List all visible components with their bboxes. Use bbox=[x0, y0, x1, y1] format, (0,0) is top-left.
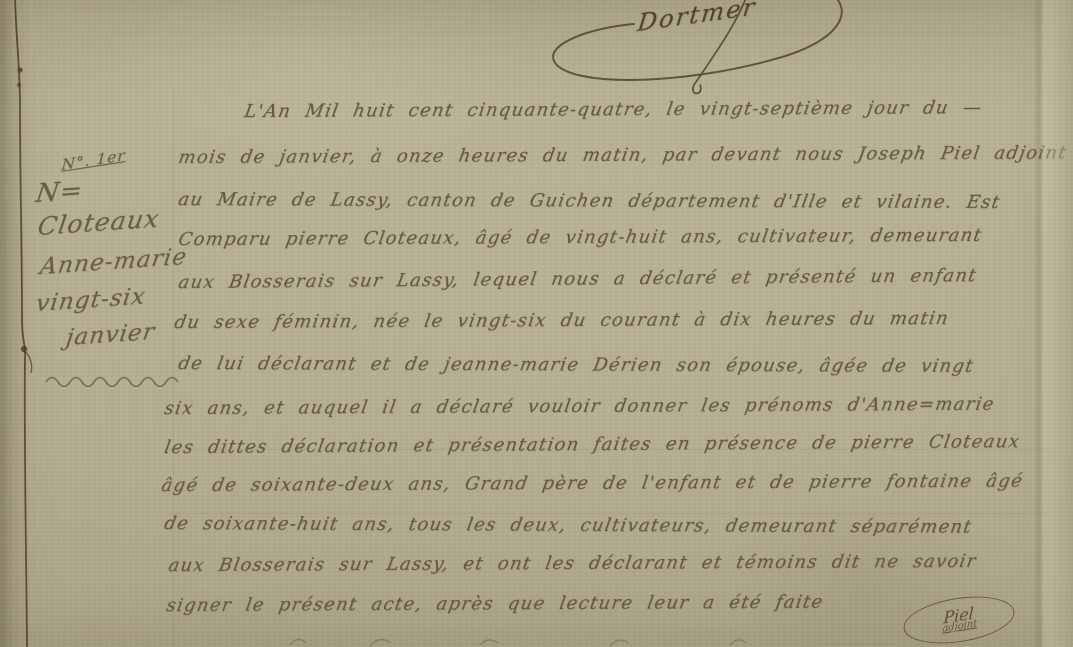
text-line: du sexe féminin, née le vingt-six du cou… bbox=[173, 310, 950, 332]
text-line: six ans, et auquel il a déclaré vouloir … bbox=[163, 396, 996, 418]
margin-birth-day: vingt-six bbox=[34, 283, 147, 316]
margin-flourish-squiggle-icon bbox=[44, 372, 184, 390]
text-line: L'An Mil huit cent cinquante-quatre, le … bbox=[243, 99, 984, 121]
text-line: au Maire de Lassy, canton de Guichen dép… bbox=[177, 191, 1002, 212]
page-edge-fold bbox=[1033, 0, 1073, 647]
binding-thread-icon bbox=[0, 0, 48, 647]
cropped-next-line-marks-icon bbox=[280, 633, 800, 647]
text-line: mois de janvier, à onze heures du matin,… bbox=[177, 144, 1068, 167]
text-line: Comparu pierre Cloteaux, âgé de vingt-hu… bbox=[177, 227, 984, 249]
text-line: aux Blosserais sur Lassy, et ont les déc… bbox=[167, 553, 978, 575]
margin-given-name: Anne-marie bbox=[38, 244, 189, 280]
margin-birth-month: janvier bbox=[64, 319, 156, 351]
text-line: de soixante-huit ans, tous les deux, cul… bbox=[163, 515, 974, 537]
act-number-superscript: N°. 1er bbox=[61, 146, 126, 174]
text-line: âgé de soixante-deux ans, Grand père de … bbox=[160, 472, 1025, 495]
top-signature: Dortmer bbox=[537, 0, 882, 111]
text-line: signer le présent acte, après que lectur… bbox=[165, 594, 825, 615]
text-line: de lui déclarant et de jeanne-marie Déri… bbox=[177, 355, 976, 376]
text-line: aux Blosserais sur Lassy, lequel nous a … bbox=[177, 267, 978, 292]
text-line: les dittes déclaration et présentation f… bbox=[163, 433, 1022, 457]
act-number: N= bbox=[34, 176, 85, 209]
register-page-scan: Dortmer N°. 1er N= Cloteaux Anne-marie v… bbox=[0, 0, 1073, 647]
margin-surname: Cloteaux bbox=[36, 204, 162, 241]
officiant-signature: Piel adjoint bbox=[900, 590, 1018, 647]
